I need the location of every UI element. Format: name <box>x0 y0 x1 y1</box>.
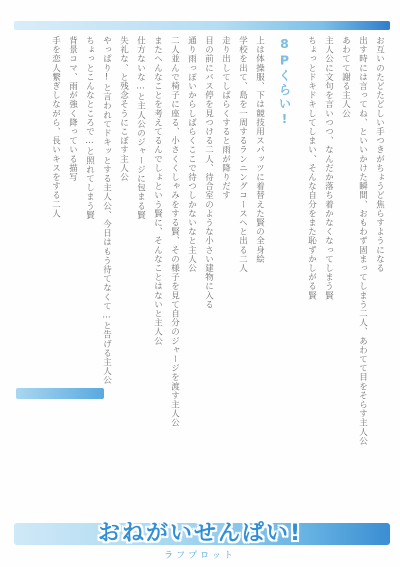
plot-line: お互いのたどたどしい手つきがちょうど焦らすようになる <box>371 36 388 510</box>
plot-line: 通り雨っぽいからしばらくここで待つしかないなと主人公 <box>183 36 200 510</box>
plot-line: ちょっとドキドキしてしまい、そんな自分をまた恥ずかしがる賢 <box>303 36 320 510</box>
plot-line: 背景コマ、雨が強く降っている描写 <box>64 36 81 510</box>
plot-line: 手を恋人繋ぎしながら、長いキスをする二人 <box>47 36 64 510</box>
plot-line: ちょっとこんなところで…と照れてしまう賢 <box>81 36 98 510</box>
plot-text-area: お互いのたどたどしい手つきがちょうど焦らすようになる 出す時には言ってね、といい… <box>47 36 388 510</box>
plot-line: やっぱり!と言われてドキッとする主人公、今日はもう待てなくて…と告げる主人公 <box>98 36 115 510</box>
page-count-header: 8Pくらい! <box>268 36 303 510</box>
plot-line: 出す時には言ってね、といいかけた瞬間、おもわず固まってしまう二人、あわてて目をそ… <box>354 36 371 510</box>
plot-line: 走り出してしばらくすると雨が降りだす <box>217 36 234 510</box>
plot-line: 上は体操服、下は競技用スパッツに着替えた賢の全身絵 <box>251 36 268 510</box>
section-marker-bar <box>16 388 104 399</box>
booklet-title: おねがいせんぱい! <box>0 516 400 547</box>
plot-line: 学校を出て、島を一周するランニングコースへと出る二人 <box>234 36 251 510</box>
plot-line: またへんなことを考えてるんでしょという賢に、そんなことはないと主人公 <box>149 36 166 510</box>
top-border-bar <box>14 21 390 30</box>
plot-line: 失礼な、と残念そうにこぼす主人公 <box>115 36 132 510</box>
plot-line: あわてて謝る主人公 <box>337 36 354 510</box>
scanned-plot-page: お互いのたどたどしい手つきがちょうど焦らすようになる 出す時には言ってね、といい… <box>0 0 400 567</box>
plot-line: 目の前にバス停を見つける二人、待合室のような小さい建物に入る <box>200 36 217 510</box>
plot-line: 仕方ないな…と主人公のジャージに包まる賢 <box>132 36 149 510</box>
plot-line: 二人並んで椅子に座る、小さくくしゃみをする賢、その様子を見て自分のジャージを渡す… <box>166 36 183 510</box>
subtitle-label: ラフプロット <box>0 548 400 561</box>
plot-line: 主人公に文句を言いつつ、なんだか落ち着かなくなってしまう賢 <box>320 36 337 510</box>
